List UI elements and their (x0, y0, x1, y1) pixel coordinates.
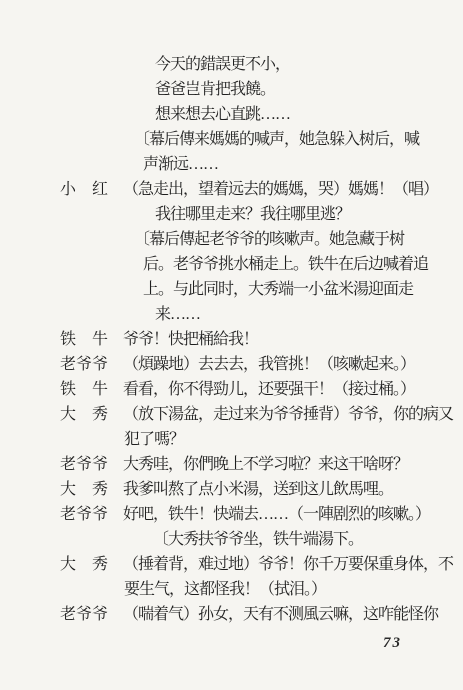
script-line: 〔幕后傳来媽媽的喊声，她急躲入树后，喊 (0, 127, 463, 152)
script-line: 大 秀（放下湯盆，走过来为爷爷捶背）爷爷，你的病又 (0, 402, 463, 427)
script-line: 想来想去心直跳…… (0, 102, 463, 127)
script-line: 〔幕后傳起老爷爷的咳嗽声。她急藏于树 (0, 227, 463, 252)
line-text: 来…… (155, 306, 200, 323)
line-text: 〔幕后傳起老爷爷的咳嗽声。她急藏于树 (134, 231, 404, 248)
script-line: 大 秀我爹叫熬了点小米湯，送到这儿飲馬哩。 (0, 477, 463, 502)
script-text-block: 今天的錯誤更不小，爸爸岂肯把我饒。想来想去心直跳……〔幕后傳来媽媽的喊声，她急躲… (0, 52, 463, 627)
speaker-name: 铁 牛 (60, 377, 108, 402)
line-text: 今天的錯誤更不小， (155, 56, 290, 73)
speaker-name: 铁 牛 (60, 327, 108, 352)
script-line: 大 秀（捶着背，难过地）爷爷！你千万要保重身体，不 (0, 552, 463, 577)
scanned-script-page: 今天的錯誤更不小，爸爸岂肯把我饒。想来想去心直跳……〔幕后傳来媽媽的喊声，她急躲… (0, 0, 463, 690)
script-line: 铁 牛爷爷！快把桶給我！ (0, 327, 463, 352)
script-line: 要生气，这都怪我！（拭泪。） (0, 577, 463, 602)
speaker-name: 老爷爷 (60, 352, 108, 377)
script-line: 来…… (0, 302, 463, 327)
line-text: 我往哪里走来？我往哪里逃？ (155, 206, 350, 223)
script-line: 我往哪里走来？我往哪里逃？ (0, 202, 463, 227)
speaker-name: 大 秀 (60, 402, 108, 427)
speaker-name: 大 秀 (60, 477, 108, 502)
line-text: 我爹叫熬了点小米湯，送到这儿飲馬哩。 (123, 481, 393, 498)
script-line: 声渐远…… (0, 152, 463, 177)
script-line: 老爷爷好吧，铁牛！快端去……（一陣剧烈的咳嗽。） (0, 502, 463, 527)
line-text: （捶着背，难过地）爷爷！你千万要保重身体，不 (123, 556, 453, 573)
speaker-name: 老爷爷 (60, 602, 108, 627)
line-text: 好吧，铁牛！快端去……（一陣剧烈的咳嗽。） (123, 506, 430, 523)
line-text: （急走出，望着远去的媽媽，哭）媽媽！（唱） (123, 181, 438, 198)
script-line: 老爷爷（煩躁地）去去去，我管挑！（咳嗽起来。） (0, 352, 463, 377)
script-line: 后。老爷爷挑水桶走上。铁牛在后边喊着追 (0, 252, 463, 277)
line-text: 〔幕后傳来媽媽的喊声，她急躲入树后，喊 (134, 131, 419, 148)
line-text: 爷爷！快把桶給我！ (123, 331, 258, 348)
line-text: 要生气，这都怪我！（拭泪。） (124, 581, 326, 598)
line-text: 想来想去心直跳…… (155, 106, 290, 123)
line-text: 后。老爷爷挑水桶走上。铁牛在后边喊着追 (143, 256, 428, 273)
script-line: 上。与此同时，大秀端一小盆米湯迎面走 (0, 277, 463, 302)
script-line: 犯了嗎？ (0, 427, 463, 452)
speaker-name: 大 秀 (60, 552, 108, 577)
line-text: 看看，你不得勁儿，还要强干！（接过桶。） (123, 381, 415, 398)
script-line: 老爷爷大秀哇，你們晚上不学习啦？来这干啥呀？ (0, 452, 463, 477)
script-line: 小 红（急走出，望着远去的媽媽，哭）媽媽！（唱） (0, 177, 463, 202)
line-text: 爸爸岂肯把我饒。 (155, 81, 275, 98)
page-number: 73 (383, 635, 402, 652)
line-text: 大秀哇，你們晚上不学习啦？来这干啥呀？ (123, 456, 408, 473)
line-text: （放下湯盆，走过来为爷爷捶背）爷爷，你的病又 (123, 406, 453, 423)
line-text: 上。与此同时，大秀端一小盆米湯迎面走 (143, 281, 413, 298)
line-text: 声渐远…… (143, 156, 218, 173)
script-line: 老爷爷（喘着气）孙女，天有不测風云嘛，这咋能怪你 (0, 602, 463, 627)
line-text: 〔大秀扶爷爷坐，铁牛端湯下。 (153, 531, 363, 548)
script-line: 今天的錯誤更不小， (0, 52, 463, 77)
speaker-name: 小 红 (60, 177, 108, 202)
line-text: （煩躁地）去去去，我管挑！（咳嗽起来。） (123, 356, 415, 373)
speaker-name: 老爷爷 (60, 452, 108, 477)
line-text: （喘着气）孙女，天有不测風云嘛，这咋能怪你 (123, 606, 438, 623)
line-text: 犯了嗎？ (124, 431, 184, 448)
script-line: 〔大秀扶爷爷坐，铁牛端湯下。 (0, 527, 463, 552)
script-line: 铁 牛看看，你不得勁儿，还要强干！（接过桶。） (0, 377, 463, 402)
speaker-name: 老爷爷 (60, 502, 108, 527)
script-line: 爸爸岂肯把我饒。 (0, 77, 463, 102)
